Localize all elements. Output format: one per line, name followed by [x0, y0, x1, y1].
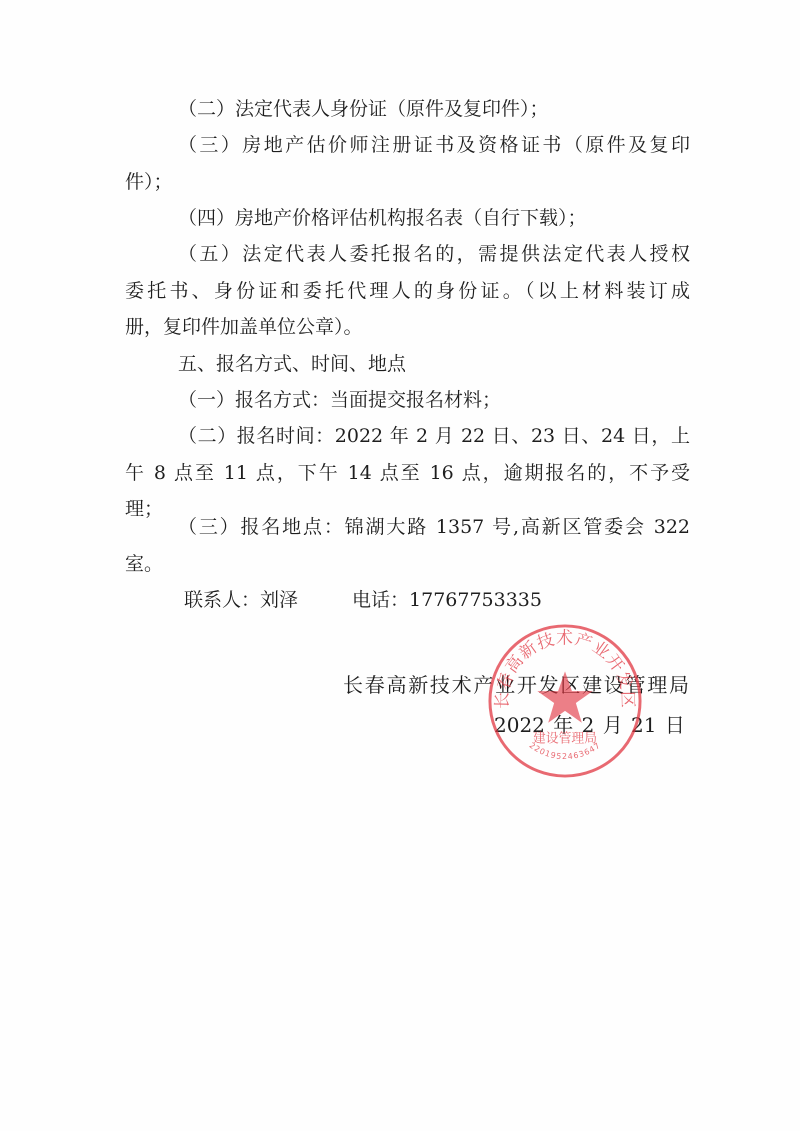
document-page: （二）法定代表人身份证（原件及复印件）； （三）房地产估价师注册证书及资格证书（…: [0, 0, 800, 1131]
item-4-line-1: （四）房地产价格评估机构报名表（自行下载）；: [178, 206, 587, 230]
contact-person-label: 联系人：: [184, 589, 260, 611]
item-2-line-1: （二）法定代表人身份证（原件及复印件）；: [178, 97, 549, 121]
contact-person-name: 刘泽: [260, 589, 298, 611]
contact-phone-number: 17767753335: [409, 589, 542, 611]
seal-number: 2201952463647: [528, 741, 603, 761]
reg-time-line-3: 理；: [125, 497, 163, 521]
reg-method-line-1: （一）报名方式：当面提交报名材料；: [178, 388, 501, 412]
item-3-line-1: （三）房地产估价师注册证书及资格证书（原件及复印: [178, 133, 690, 157]
section-5-heading: 五、报名方式、时间、地点: [178, 352, 406, 376]
reg-place-line-2: 室。: [125, 552, 163, 576]
contact-phone: 电话：17767753335: [352, 588, 542, 612]
item-5-line-3: 册，复印件加盖单位公章）。: [125, 315, 363, 339]
contact-person: 联系人：刘泽: [184, 588, 298, 612]
svg-text:2201952463647: 2201952463647: [528, 741, 603, 761]
item-5-line-2: 委托书、身份证和委托代理人的身份证。（以上材料装订成: [125, 279, 690, 303]
reg-time-line-2: 午 8 点至 11 点，下午 14 点至 16 点，逾期报名的，不予受: [125, 461, 690, 485]
contact-phone-label: 电话：: [352, 589, 409, 611]
reg-place-line-1: （三）报名地点：锦湖大路 1357 号,高新区管委会 322: [178, 515, 690, 539]
signature-date: 2022 年 2 月 21 日: [494, 713, 685, 737]
reg-time-line-1: （二）报名时间：2022 年 2 月 22 日、23 日、24 日，上: [178, 424, 690, 448]
item-3-line-2: 件）；: [125, 170, 173, 194]
signature-organization: 长春高新技术产业开发区建设管理局: [343, 673, 689, 697]
official-seal-icon: 长春高新技术产业开发区 建设管理局 2201952463647: [486, 622, 644, 780]
item-5-line-1: （五）法定代表人委托报名的，需提供法定代表人授权: [178, 242, 690, 266]
